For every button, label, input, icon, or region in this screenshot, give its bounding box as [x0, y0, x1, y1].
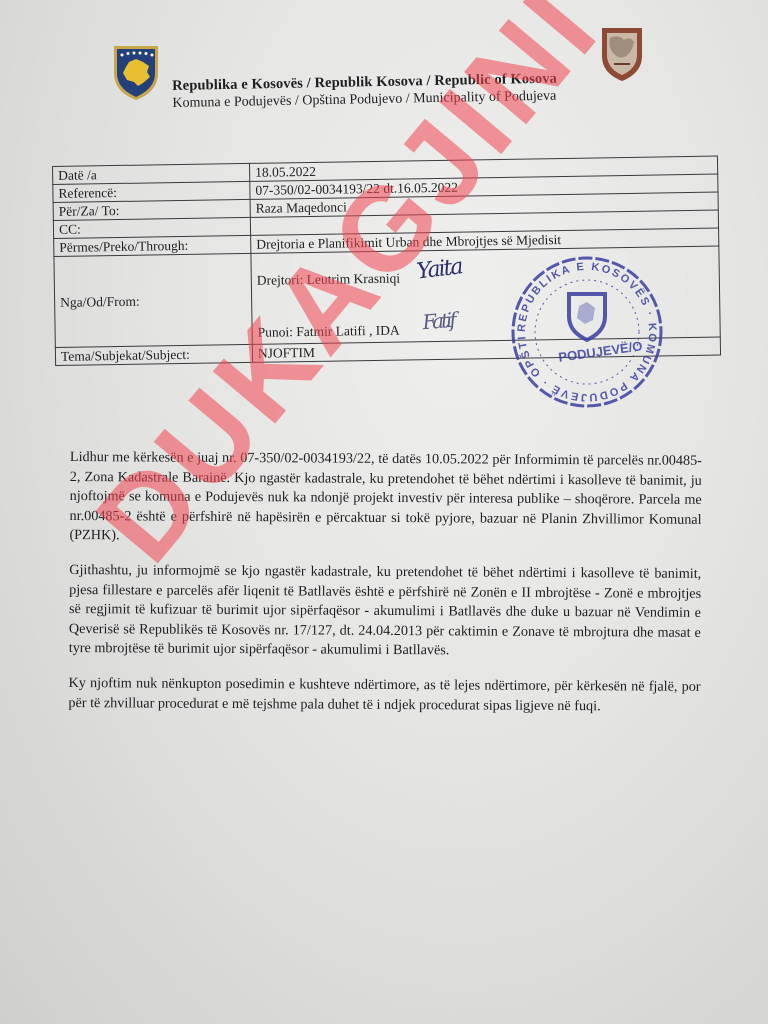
kosovo-coat-of-arms-icon: [112, 43, 160, 101]
prepared-by-name: Punoi: Fatmir Latifi , IDA: [258, 322, 400, 341]
paragraph-1: Lidhur me kërkesën e juaj nr. 07-350/02-…: [69, 448, 702, 550]
paragraph-3: Ky njoftim nuk nënkupton posedimin e kus…: [68, 674, 700, 717]
director-name: Drejtori: Leutrim Krasniqi: [257, 270, 400, 289]
stamp-outer-text: REPUBLIKA E KOSOVËS · KOMUNA PODUJEVË · …: [505, 250, 658, 403]
paragraph-2: Gjithashtu, ju informojmë se kjo ngastër…: [69, 561, 702, 663]
svg-text:REPUBLIKA E KOSOVËS · KOMUNA P: REPUBLIKA E KOSOVËS · KOMUNA PODUJEVË · …: [505, 250, 658, 403]
letter-body: Lidhur me kërkesën e juaj nr. 07-350/02-…: [68, 448, 702, 732]
subject-label: Tema/Subjekat/Subject:: [55, 344, 252, 365]
document-page: Republika e Kosovës / Republik Kosova / …: [0, 0, 768, 1024]
official-stamp-icon: REPUBLIKA E KOSOVËS · KOMUNA PODUJEVË · …: [505, 250, 670, 410]
podujeva-municipal-crest-icon: [600, 26, 644, 82]
letterhead: Republika e Kosovës / Republik Kosova / …: [172, 71, 557, 112]
prepared-by-signature: Fatif: [422, 312, 455, 332]
director-signature: Yaita: [416, 258, 463, 280]
from-label: Nga/Od/From:: [54, 253, 252, 347]
